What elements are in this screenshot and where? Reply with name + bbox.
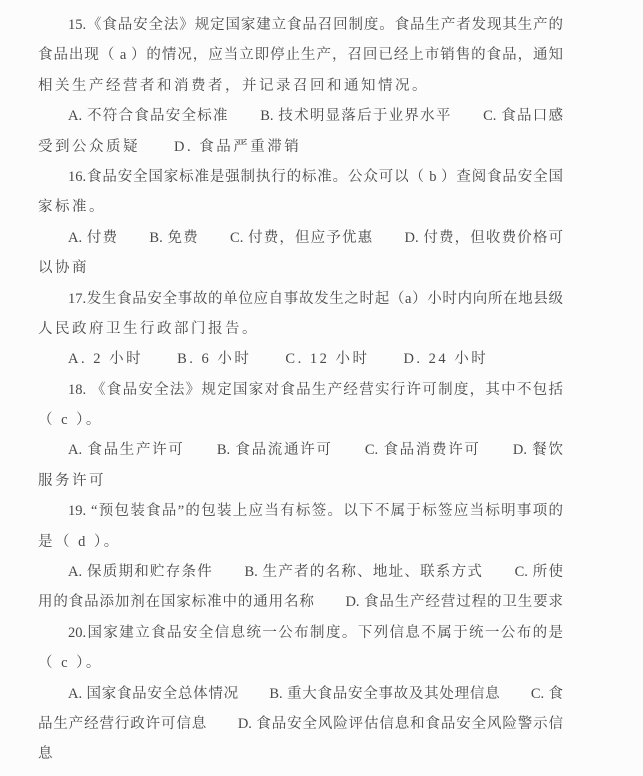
question-20-text-line: 20.国家建立食品安全信息统一公布制度。下列信息不属于统一公布的是 — [38, 618, 563, 648]
question-18-text-line: 18. 《食品安全法》规定国家对食品生产经营实行许可制度，其中不包括 — [38, 375, 563, 405]
question-17-text-line: 人民政府卫生行政部门报告。 — [38, 314, 563, 344]
question-16-text-line: 以协商 — [38, 253, 563, 283]
question-17-text-line: A. 2 小时 B. 6 小时 C. 12 小时 D. 24 小时 — [38, 344, 563, 374]
question-16-text-line: 16.食品安全国家标准是强制执行的标准。公众可以（ b ）查阅食品安全国 — [38, 162, 563, 192]
question-20-text-line: （ c ）。 — [38, 648, 563, 678]
question-19-text-line: A. 保质期和贮存条件 B. 生产者的名称、地址、联系方式 C. 所使 — [38, 557, 563, 587]
document-page: 15.《食品安全法》规定国家建立食品召回制度。食品生产者发现其生产的食品出现（ … — [38, 10, 563, 770]
question-18-text-line: （ c ）。 — [38, 405, 563, 435]
question-20-text-line: 品生产经营行政许可信息 D. 食品安全风险评估信息和食品安全风险警示信 — [38, 709, 563, 739]
question-19-text-line: 19. “预包装食品”的包装上应当有标签。以下不属于标签应当标明事项的 — [38, 496, 563, 526]
question-16-text-line: 家标准。 — [38, 192, 563, 222]
question-20-text-line: 息 — [38, 739, 563, 769]
question-16-text-line: A. 付费 B. 免费 C. 付费，但应予优惠 D. 付费，但收费价格可 — [38, 223, 563, 253]
question-15-text-line: 受到公众质疑 D. 食品严重滞销 — [38, 132, 563, 162]
question-18-text-line: A. 食品生产许可 B. 食品流通许可 C. 食品消费许可 D. 餐饮 — [38, 435, 563, 465]
question-18-text-line: 服务许可 — [38, 466, 563, 496]
question-20-text-line: A. 国家食品安全总体情况 B. 重大食品安全事故及其处理信息 C. 食 — [38, 679, 563, 709]
question-17-text-line: 17.发生食品安全事故的单位应自事故发生之时起（a）小时内向所在地县级 — [38, 284, 563, 314]
question-15-text-line: 食品出现（ a ）的情况，应当立即停止生产，召回已经上市销售的食品，通知 — [38, 40, 563, 70]
question-15-text-line: 15.《食品安全法》规定国家建立食品召回制度。食品生产者发现其生产的 — [38, 10, 563, 40]
question-15-text-line: 相关生产经营者和消费者，并记录召回和通知情况。 — [38, 71, 563, 101]
scanned-quiz-page-background: { "page": { "background_color": "#fcfcfc… — [0, 0, 643, 776]
question-15-text-line: A. 不符合食品安全标准 B. 技术明显落后于业界水平 C. 食品口感 — [38, 101, 563, 131]
question-19-text-line: 用的食品添加剂在国家标准中的通用名称 D. 食品生产经营过程的卫生要求 — [38, 587, 563, 617]
question-19-text-line: 是（ d ）。 — [38, 527, 563, 557]
